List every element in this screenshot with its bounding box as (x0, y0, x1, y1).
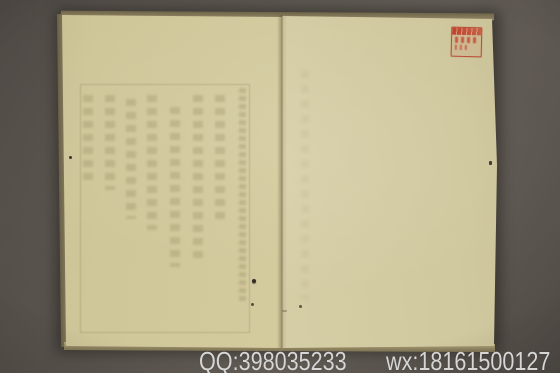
stamp-mark-row (455, 37, 479, 44)
bleedthrough-smudge (301, 70, 309, 300)
photo-background: QQ:398035233 wx:18161500127 (0, 0, 560, 373)
paper-smudge (282, 310, 287, 312)
bleedthrough-column (83, 95, 93, 180)
bleedthrough-column (239, 88, 246, 303)
wormhole-dot (299, 305, 302, 308)
bleedthrough-column (193, 95, 203, 260)
book-gutter (277, 15, 287, 348)
bleedthrough-column (215, 95, 225, 225)
wormhole-dot (69, 156, 72, 159)
wormhole-dot (252, 279, 256, 283)
bleedthrough-column (170, 107, 180, 267)
watermark-wx-text: wx:18161500127 (386, 348, 550, 373)
watermark-qq-text: QQ:398035233 (199, 348, 347, 373)
bleedthrough-column (105, 95, 115, 190)
stamp-header-band (452, 28, 481, 36)
page-edge-notch (489, 161, 492, 165)
wormhole-dot (251, 303, 254, 306)
library-stamp (451, 27, 483, 58)
bleedthrough-column (147, 95, 157, 230)
stamp-mark-row (455, 45, 469, 50)
bleedthrough-column (126, 99, 136, 219)
